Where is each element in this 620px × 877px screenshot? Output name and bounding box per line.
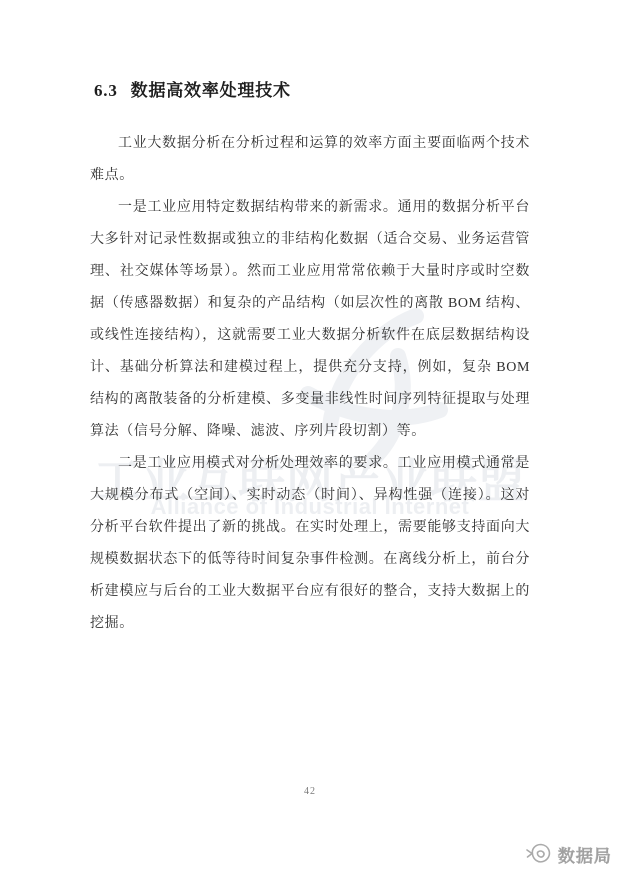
paragraph-3: 二是工业应用模式对分析处理效率的要求。工业应用模式通常是大规模分布式（空间）、实… — [90, 448, 530, 640]
document-page: 工业互联网产业联盟 Alliance of Industrial Interne… — [0, 0, 620, 877]
section-number: 6.3 — [94, 81, 118, 100]
paragraph-2: 一是工业应用特定数据结构带来的新需求。通用的数据分析平台大多针对记录性数据或独立… — [90, 192, 530, 448]
section-title: 数据高效率处理技术 — [131, 81, 291, 100]
brand-mark: 数据局 — [525, 840, 612, 868]
paragraph-1: 工业大数据分析在分析过程和运算的效率方面主要面临两个技术难点。 — [90, 128, 530, 192]
brand-label: 数据局 — [558, 842, 612, 867]
swirl-brush-logo-icon — [525, 840, 553, 868]
page-number: 42 — [0, 786, 620, 797]
body-text: 工业大数据分析在分析过程和运算的效率方面主要面临两个技术难点。 一是工业应用特定… — [90, 128, 530, 640]
section-heading: 6.3数据高效率处理技术 — [94, 76, 530, 101]
document-content: 6.3数据高效率处理技术 工业大数据分析在分析过程和运算的效率方面主要面临两个技… — [0, 0, 620, 640]
